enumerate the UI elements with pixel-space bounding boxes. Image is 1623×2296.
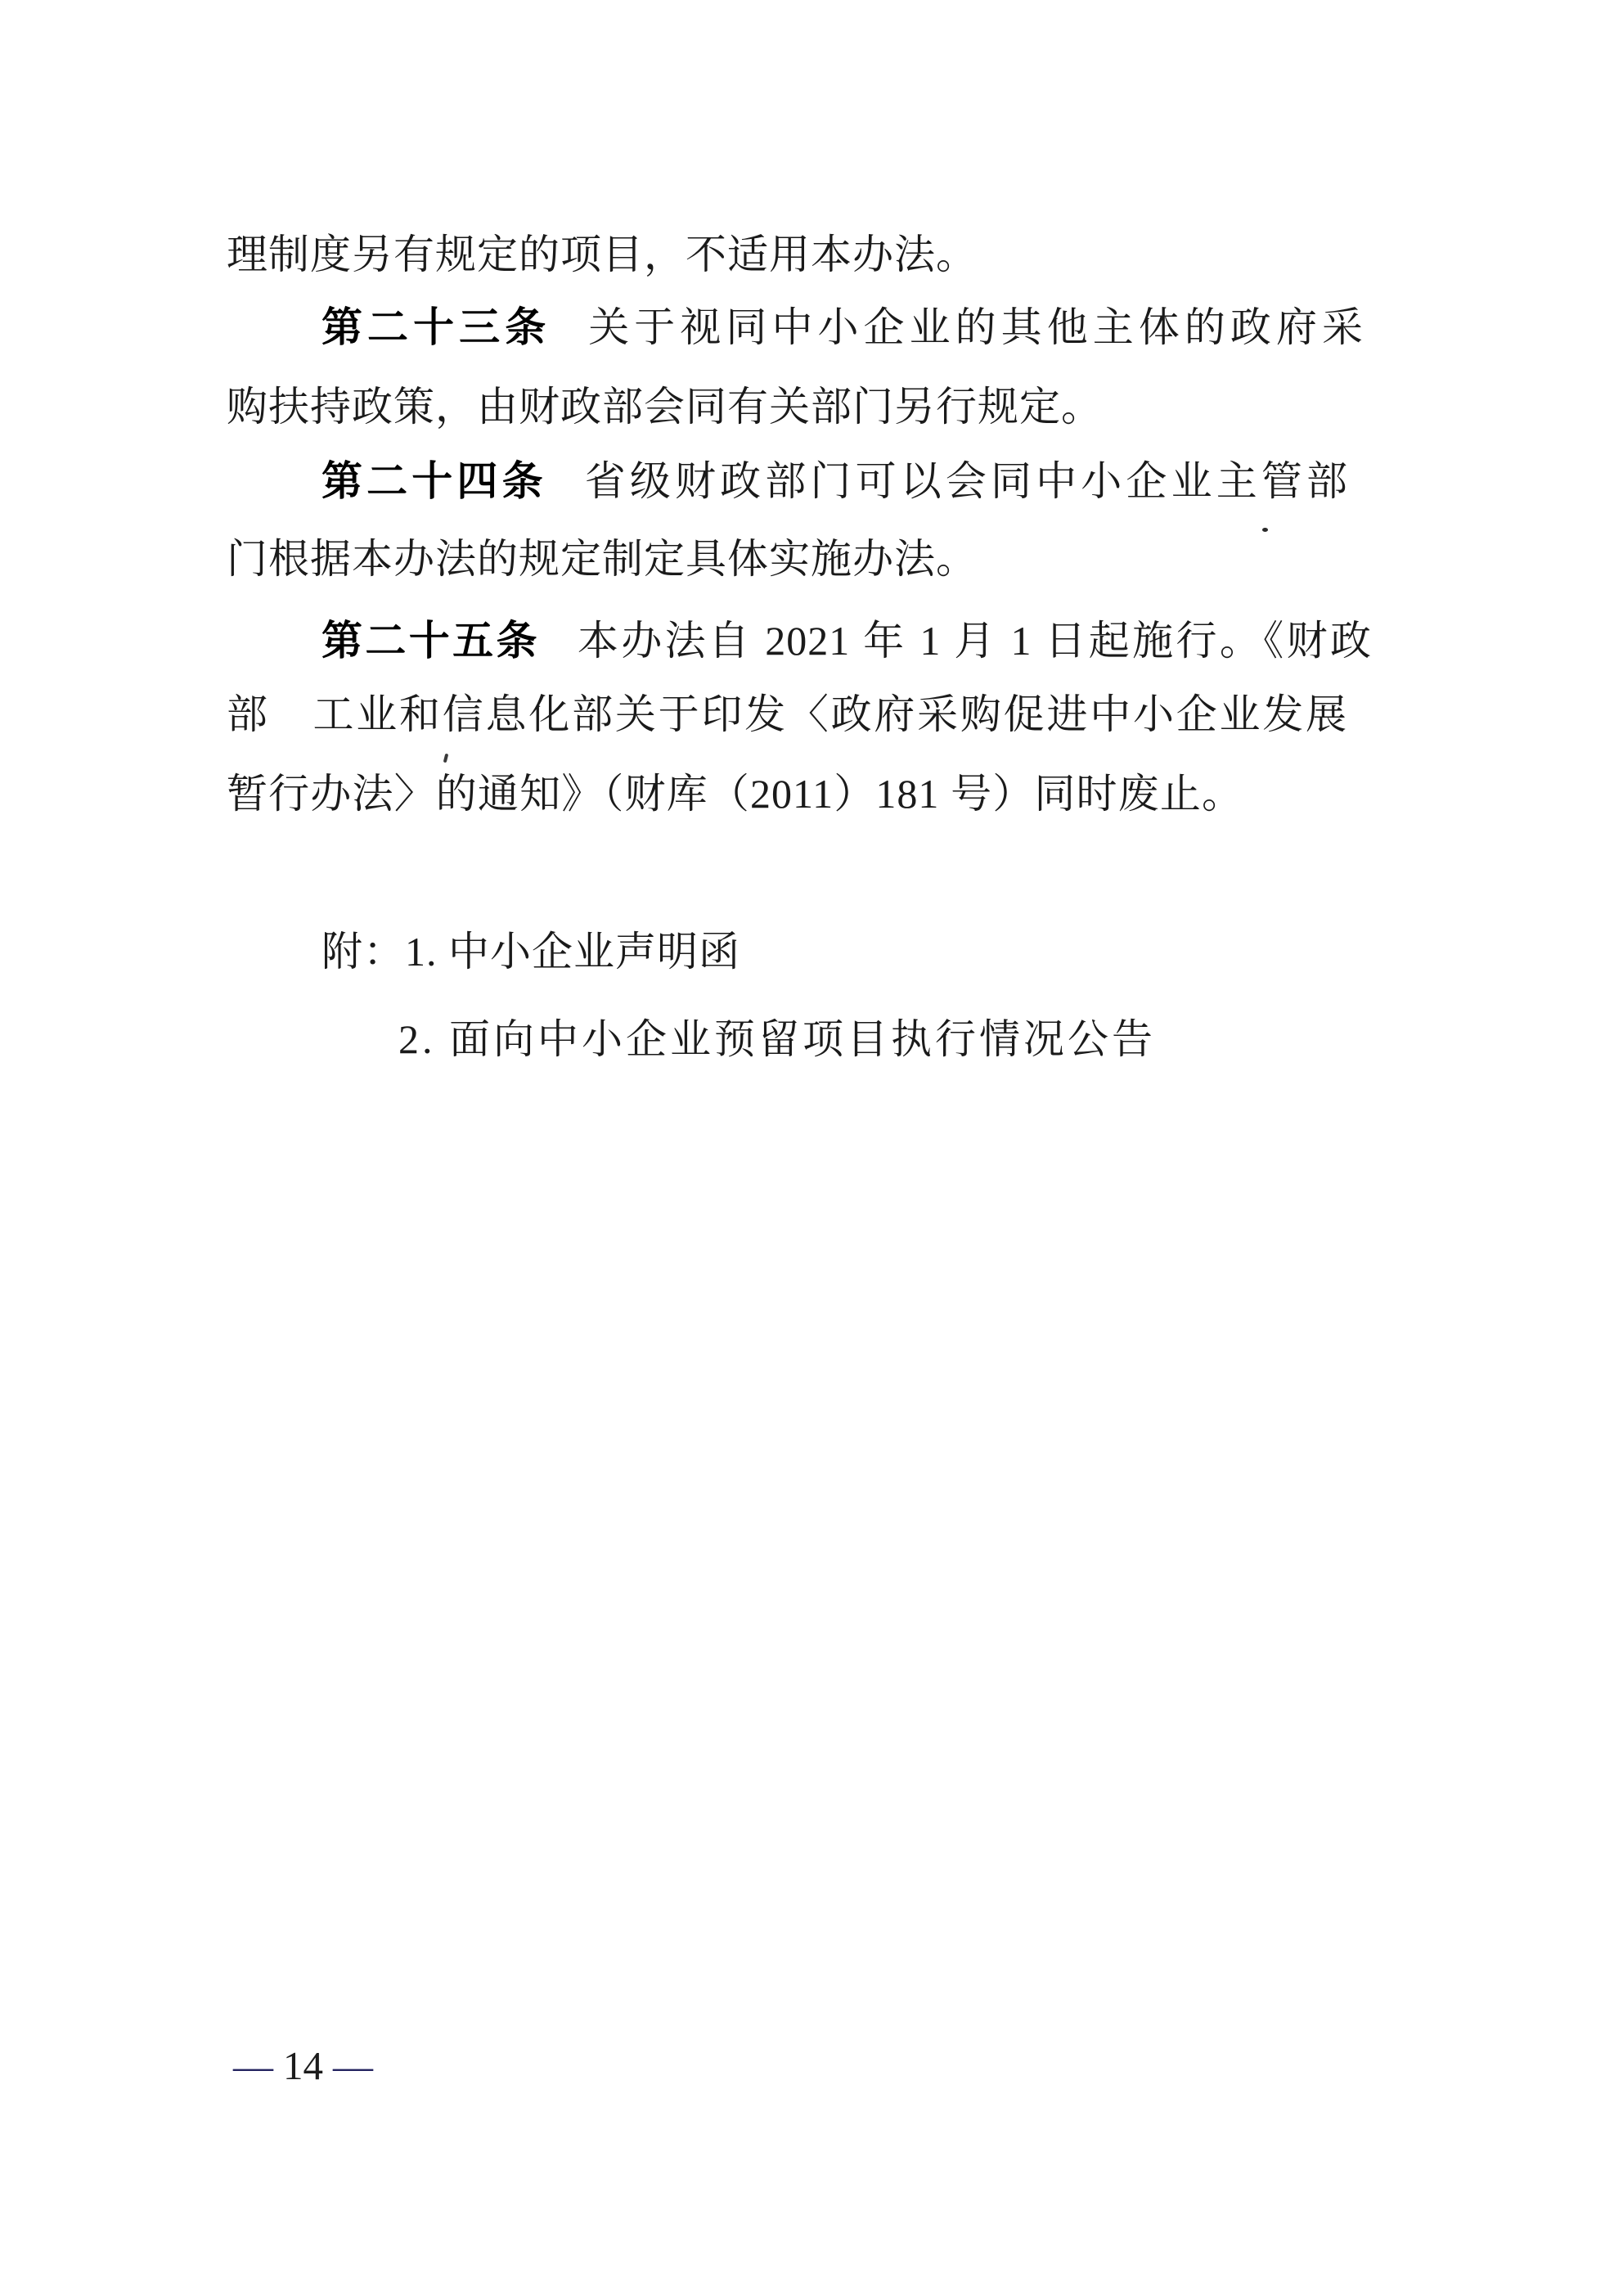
line-text: 关于视同中小企业的其他主体的政府采 [588, 304, 1364, 350]
attachment-line-1: 附：1. 中小企业声明函 [321, 928, 740, 975]
document-page: 理制度另有规定的项目，不适用本办法。 第二十三条关于视同中小企业的其他主体的政府… [0, 0, 1623, 2296]
attachment-line-2: 2. 面向中小企业预留项目执行情况公告 [398, 1015, 1156, 1063]
attachment-item-2: 2. 面向中小企业预留项目执行情况公告 [398, 1016, 1156, 1062]
attachment-item-1: 1. 中小企业声明函 [405, 929, 740, 975]
body-line-1: 理制度另有规定的项目，不适用本办法。 [227, 231, 978, 278]
body-line-3: 购扶持政策，由财政部会同有关部门另行规定。 [227, 383, 1103, 430]
line-text: 门根据本办法的规定制定具体实施办法。 [227, 536, 978, 582]
line-text: 购扶持政策，由财政部会同有关部门另行规定。 [227, 384, 1103, 430]
line-text: 部 工业和信息化部关于印发〈政府采购促进中小企业发展 [227, 691, 1347, 737]
article-number-heading: 第二十四条 [321, 458, 547, 504]
line-text: 理制度另有规定的项目，不适用本办法。 [227, 232, 978, 277]
attachment-label: 附： [321, 929, 405, 975]
body-line-4: 第二十四条省级财政部门可以会同中小企业主管部 [321, 457, 1348, 505]
body-line-2: 第二十三条关于视同中小企业的其他主体的政府采 [321, 304, 1364, 351]
scan-speck [1262, 528, 1268, 532]
body-line-8: 暂行办法〉的通知》（财库（2011）181 号）同时废止。 [227, 770, 1243, 817]
page-number: —14— [233, 2045, 373, 2087]
line-text: 暂行办法〉的通知》（财库（2011）181 号）同时废止。 [227, 771, 1243, 817]
body-line-5: 门根据本办法的规定制定具体实施办法。 [227, 535, 978, 583]
page-number-dash-left: — [233, 2043, 273, 2088]
page-number-dash-right: — [333, 2043, 373, 2088]
scan-speck [443, 754, 449, 763]
body-line-7: 部 工业和信息化部关于印发〈政府采购促进中小企业发展 [227, 691, 1347, 738]
page-number-value: 14 [283, 2043, 323, 2088]
article-number-heading: 第二十五条 [321, 618, 540, 664]
line-text: 本办法自 2021 年 1 月 1 日起施行。《财政 [578, 618, 1372, 664]
line-text: 省级财政部门可以会同中小企业主管部 [585, 458, 1348, 504]
article-number-heading: 第二十三条 [321, 304, 551, 350]
body-line-6: 第二十五条本办法自 2021 年 1 月 1 日起施行。《财政 [321, 617, 1372, 664]
